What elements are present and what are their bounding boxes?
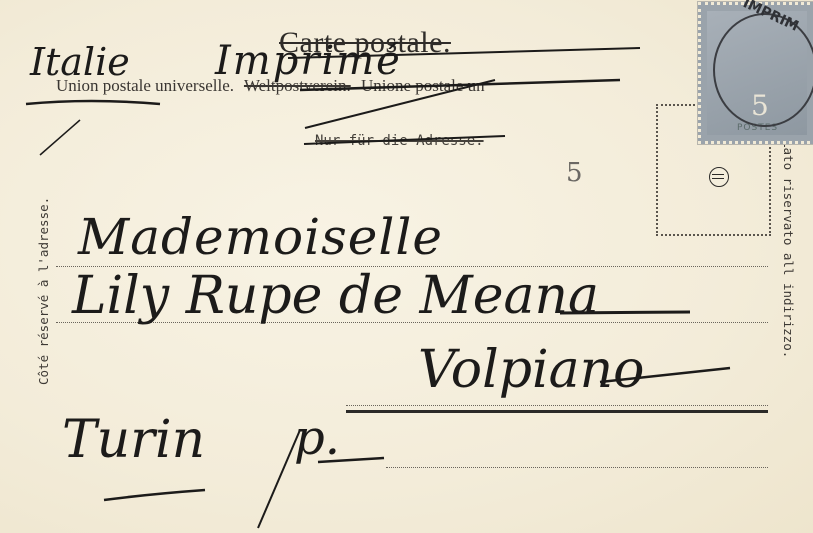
ink-strokes (0, 0, 813, 533)
postcard-back: Carte postale. Union postale universelle… (0, 0, 813, 533)
